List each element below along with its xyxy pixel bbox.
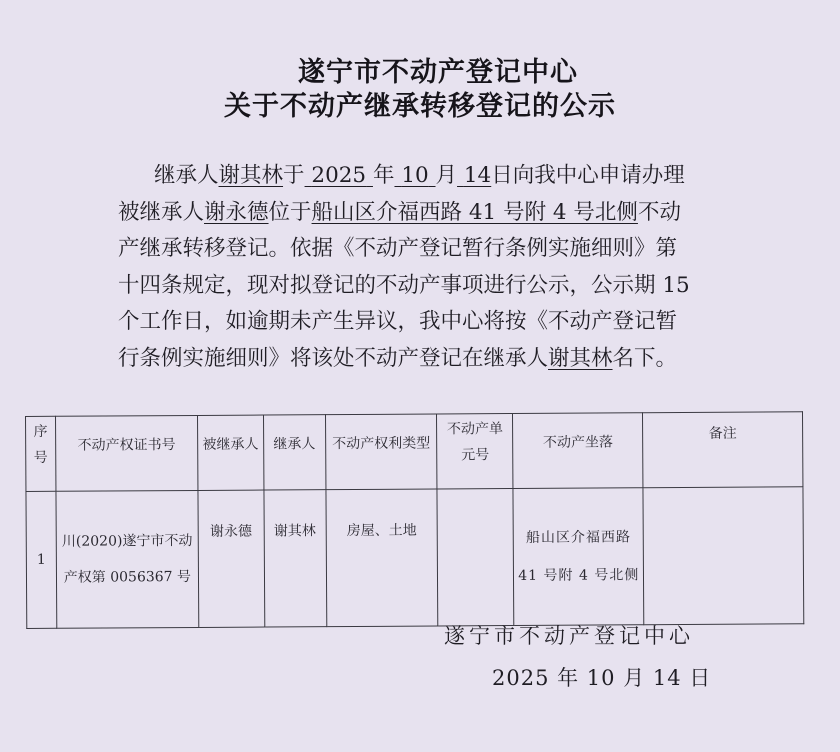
body-line-1: 继承人谢其林于 2025 年 10 月 14日向我中心申请办理 (154, 158, 685, 195)
registration-table: 序号 不动产权证书号 被继承人 继承人 不动产权利类型 不动产单元号 不动产坐落… (25, 411, 804, 629)
text: 年 (373, 163, 395, 188)
signature-organization: 遂宁市不动产登记中心 (444, 620, 694, 650)
table-header-row: 序号 不动产权证书号 被继承人 继承人 不动产权利类型 不动产单元号 不动产坐落… (26, 412, 803, 492)
cell-unit-no (437, 489, 514, 626)
apply-month: 10 (394, 163, 435, 188)
text: 不动 (638, 200, 681, 225)
body-line-2: 被继承人谢永德位于船山区介福西路 41 号附 4 号北侧不动 (118, 195, 681, 232)
header-location: 不动产坐落 (513, 413, 643, 489)
text: 于 (283, 163, 305, 188)
text: 名下。 (613, 346, 678, 371)
text: 被继承人 (118, 200, 204, 225)
header-text: 元号 (438, 442, 513, 468)
header-decedent: 被继承人 (197, 415, 263, 490)
property-location: 船山区介福西路 41 号附 4 号北侧 (312, 200, 638, 225)
decedent-name: 谢永德 (204, 200, 269, 225)
cell-right-type: 房屋、土地 (326, 489, 439, 627)
header-text: 序 (26, 419, 55, 445)
text: 日向我中心申请办理 (491, 163, 685, 188)
body-line-6: 行条例实施细则》将该处不动产登记在继承人谢其林名下。 (118, 341, 677, 378)
text: 行条例实施细则》将该处不动产登记在继承人 (118, 346, 548, 371)
header-unit-no: 不动产单元号 (437, 414, 513, 489)
body-line-5: 个工作日，如逾期未产生异议，我中心将按《不动产登记暂 (118, 304, 677, 341)
text: 月 (436, 163, 458, 188)
apply-year: 2025 (305, 163, 373, 188)
cell-text: 产权第 0056367 号 (57, 559, 198, 596)
body-line-3: 产继承转移登记。依据《不动产登记暂行条例实施细则》第 (118, 231, 677, 268)
heir-name: 谢其林 (219, 163, 284, 188)
header-seq: 序号 (26, 416, 56, 491)
cell-decedent: 谢永德 (198, 490, 265, 627)
cell-remark (643, 487, 804, 625)
heir-name-repeat: 谢其林 (548, 346, 613, 371)
signature-date: 2025 年 10 月 14 日 (492, 662, 711, 692)
cell-heir: 谢其林 (264, 490, 327, 627)
header-heir: 继承人 (263, 415, 325, 490)
apply-day: 14 (457, 163, 491, 188)
header-remark: 备注 (643, 412, 803, 488)
cell-cert-no: 川(2020)遂宁市不动产权第 0056367 号 (56, 490, 199, 628)
body-line-4: 十四条规定，现对拟登记的不动产事项进行公示，公示期 15 (118, 268, 690, 305)
cell-seq: 1 (26, 491, 57, 628)
header-text: 号 (26, 445, 55, 471)
cell-location: 船山区介福西路41 号附 4 号北侧 (513, 488, 644, 626)
text: 继承人 (154, 163, 219, 188)
table-row: 1 川(2020)遂宁市不动产权第 0056367 号 谢永德 谢其林 房屋、土… (26, 487, 804, 629)
header-text: 不动产单 (437, 416, 512, 442)
header-cert-no: 不动产权证书号 (55, 415, 197, 491)
header-right-type: 不动产权利类型 (325, 414, 437, 490)
notice-title-line2: 关于不动产继承转移登记的公示 (0, 84, 840, 123)
cell-text: 船山区介福西路 (514, 518, 643, 557)
text: 位于 (269, 200, 312, 225)
cell-text: 41 号附 4 号北侧 (514, 556, 643, 595)
cell-text: 川(2020)遂宁市不动 (57, 523, 198, 560)
